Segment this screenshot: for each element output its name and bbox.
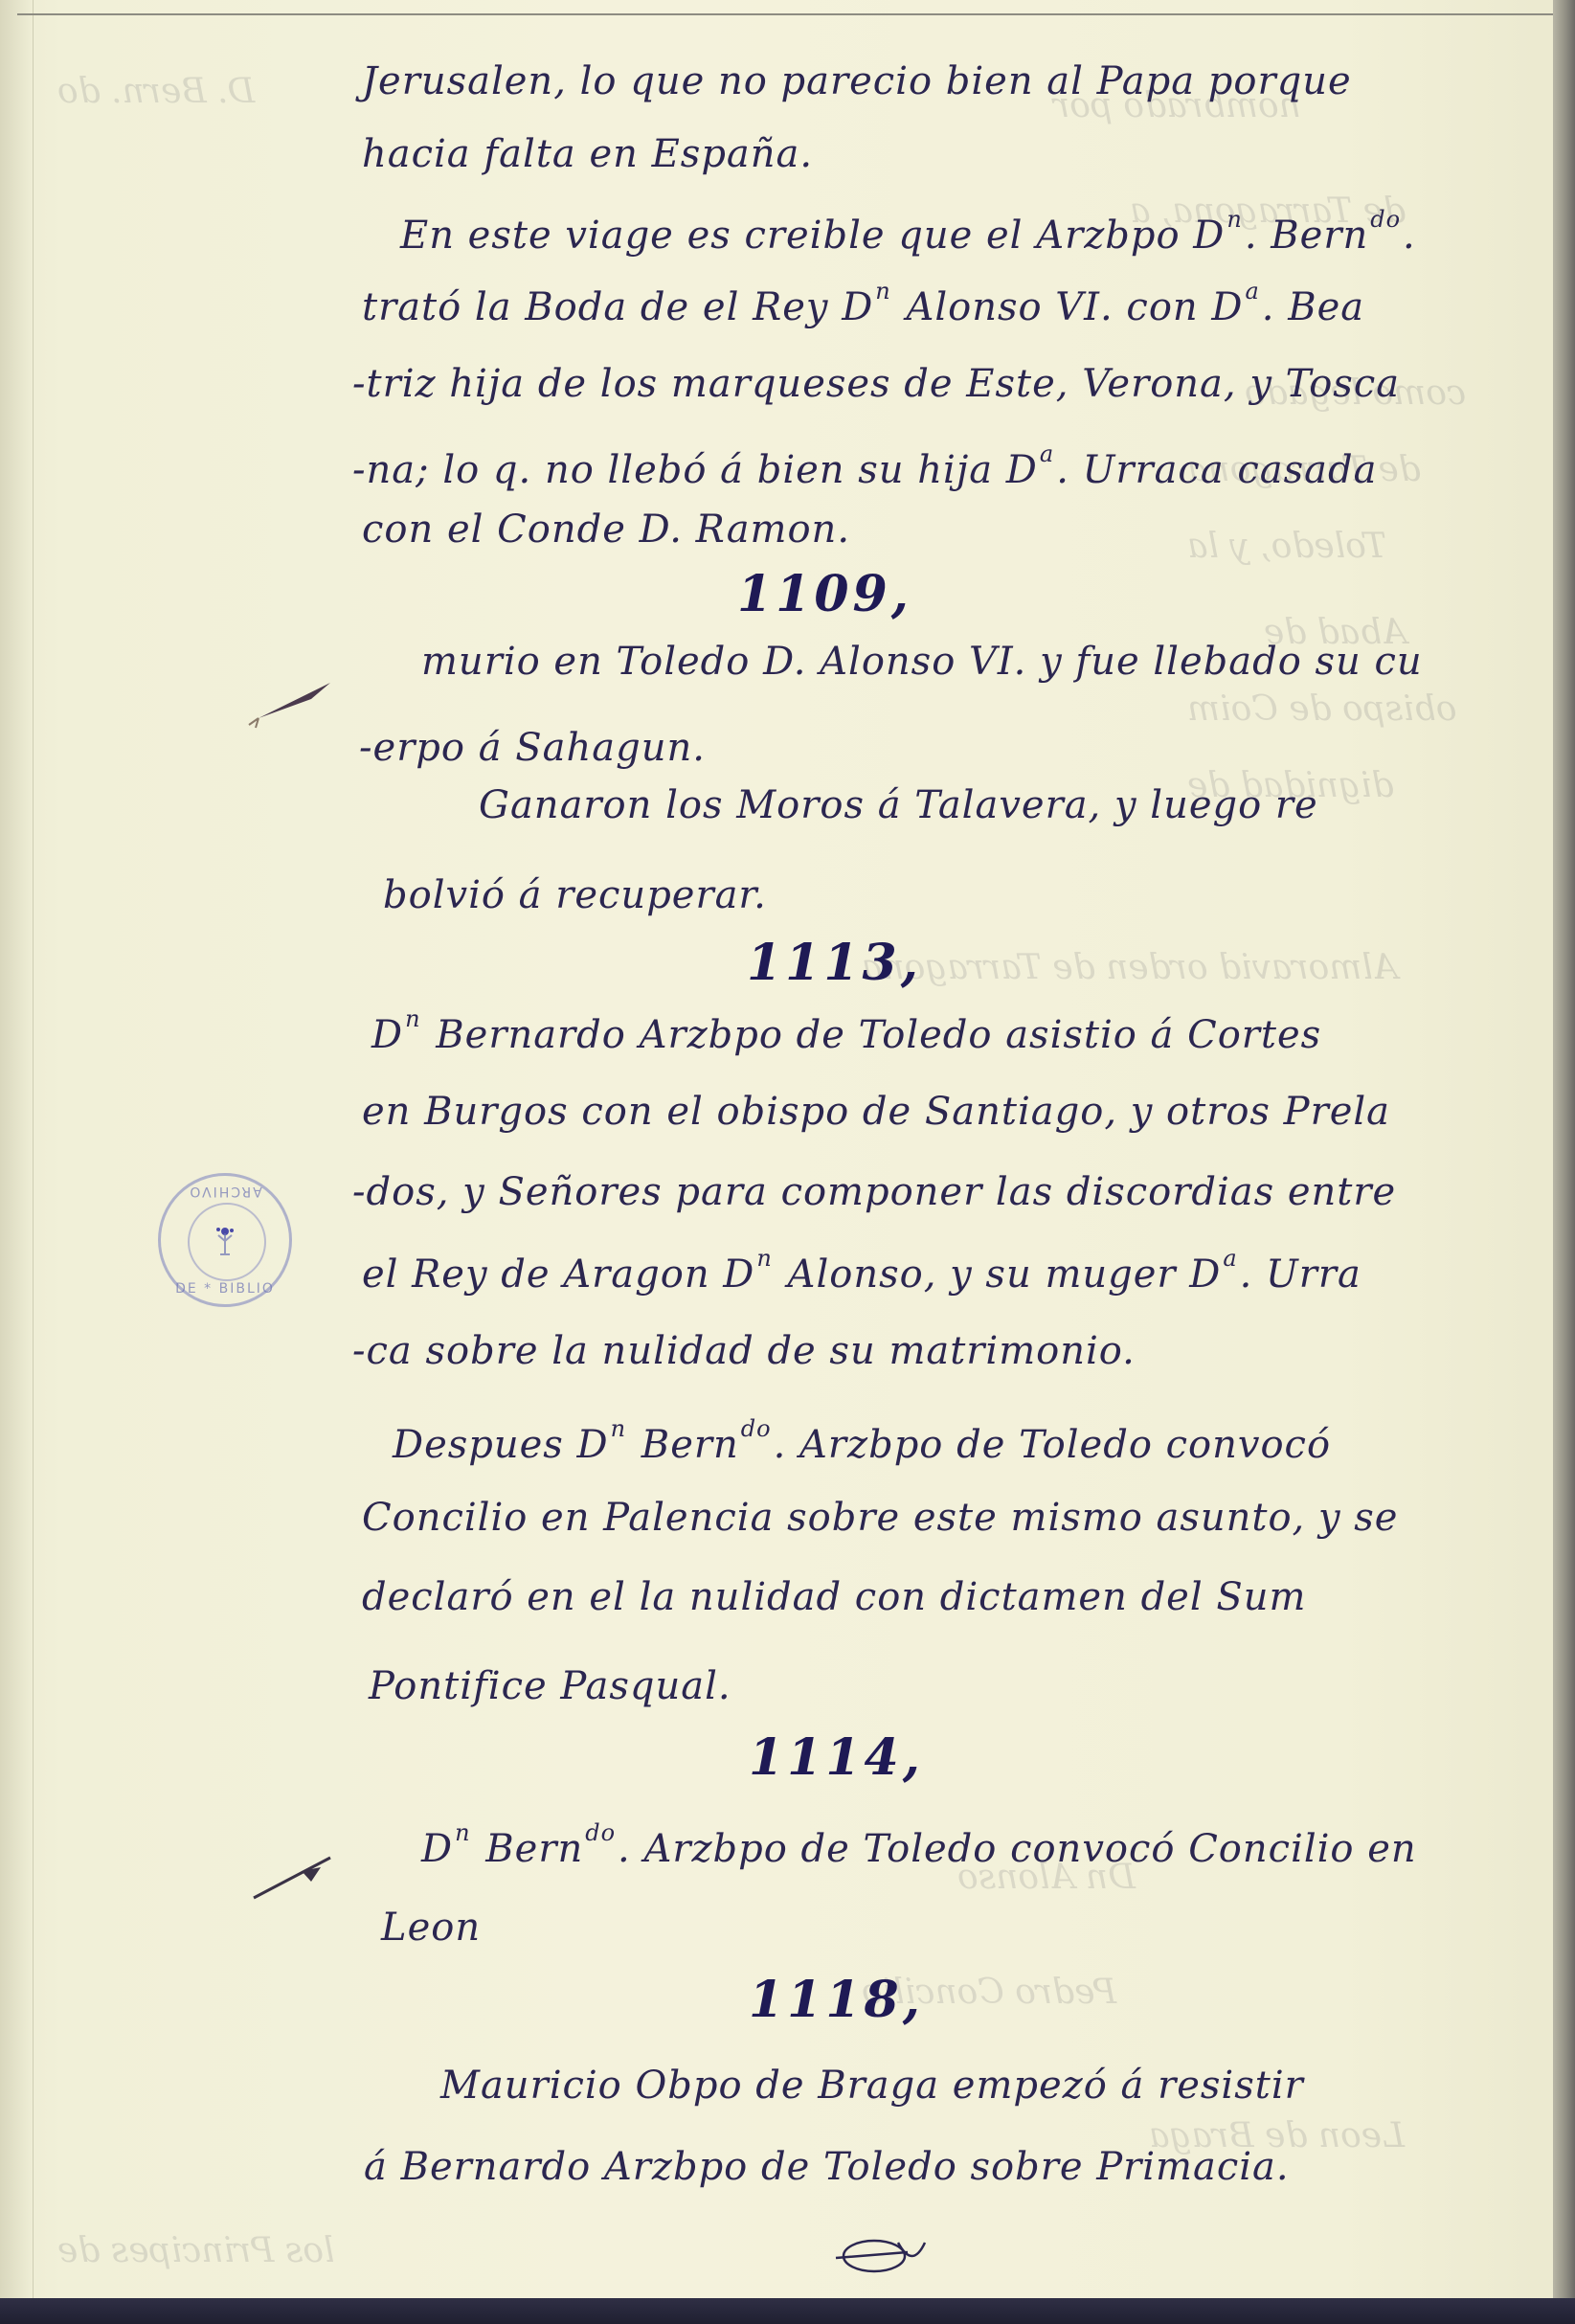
text-line: con el Conde D. Ramon. <box>362 508 850 552</box>
text-line: en Burgos con el obispo de Santiago, y o… <box>362 1090 1390 1134</box>
year-heading: 1118, <box>749 1971 924 2029</box>
library-stamp: ARCHIVO DE * BIBLIO <box>158 1173 292 1307</box>
stamp-top-text: ARCHIVO <box>161 1184 289 1199</box>
text-line: el Rey de Aragon Dn Alonso, y su muger D… <box>362 1245 1361 1297</box>
text-line: -erpo á Sahagun. <box>359 726 706 770</box>
year-heading: 1113, <box>747 934 922 992</box>
year-heading: 1109, <box>737 565 912 623</box>
text-line: Leon <box>381 1906 481 1950</box>
text-line: á Bernardo Arzbpo de Toledo sobre Primac… <box>364 2145 1290 2189</box>
bleed-through-text: D. Bern. do <box>57 72 255 111</box>
margin-pointer-icon <box>244 675 340 733</box>
bleed-through-text: Toledo, y la <box>1187 527 1386 566</box>
binding-gutter <box>0 0 34 2306</box>
text-line: trató la Boda de el Rey Dn Alonso VI. co… <box>362 278 1364 329</box>
text-line: En este viage es creible que el Arzbpo D… <box>400 206 1416 258</box>
year-heading: 1114, <box>749 1728 924 1787</box>
rubric-flourish-icon <box>831 2231 936 2279</box>
text-line: -triz hija de los marqueses de Este, Ver… <box>352 362 1400 406</box>
page-bottom-edge <box>0 2298 1575 2324</box>
bleed-through-text: los Principes de <box>57 2231 335 2270</box>
text-line: Ganaron los Moros á Talavera, y luego re <box>479 783 1318 827</box>
text-line: Concilio en Palencia sobre este mismo as… <box>362 1496 1398 1540</box>
margin-pointer-icon <box>244 1839 340 1906</box>
page-right-edge <box>1553 0 1575 2324</box>
text-line: Despues Dn Berndo. Arzbpo de Toledo conv… <box>393 1415 1331 1467</box>
text-line: Dn Berndo. Arzbpo de Toledo convocó Conc… <box>421 1819 1417 1871</box>
bleed-through-text: obispo de Coim <box>1187 689 1457 729</box>
stamp-bottom-text: DE * BIBLIO <box>161 1281 289 1297</box>
text-line: -ca sobre la nulidad de su matrimonio. <box>352 1329 1136 1373</box>
text-line: hacia falta en España. <box>362 132 813 176</box>
bleed-through-text: Almoravid orden de Tarragona <box>862 948 1398 987</box>
text-line: Dn Bernardo Arzbpo de Toledo asistio á C… <box>371 1005 1321 1057</box>
text-line: Jerusalen, lo que no parecio bien al Pap… <box>362 59 1352 103</box>
tree-emblem-icon <box>211 1222 239 1260</box>
text-line: Mauricio Obpo de Braga empezó á resistir <box>440 2064 1304 2108</box>
text-line: -na; lo q. no llebó á bien su hija Da. U… <box>352 440 1377 492</box>
text-line: Pontifice Pasqual. <box>369 1664 731 1708</box>
page-top-edge <box>17 13 1559 15</box>
text-line: bolvió á recuperar. <box>383 873 767 917</box>
text-line: -dos, y Señores para componer las discor… <box>352 1170 1396 1214</box>
manuscript-page: D. Bern. do nombrado por de Tarragona, a… <box>0 0 1570 2306</box>
text-line: murio en Toledo D. Alonso VI. y fue lleb… <box>421 640 1423 684</box>
text-line: declaró en el la nulidad con dictamen de… <box>362 1575 1306 1619</box>
